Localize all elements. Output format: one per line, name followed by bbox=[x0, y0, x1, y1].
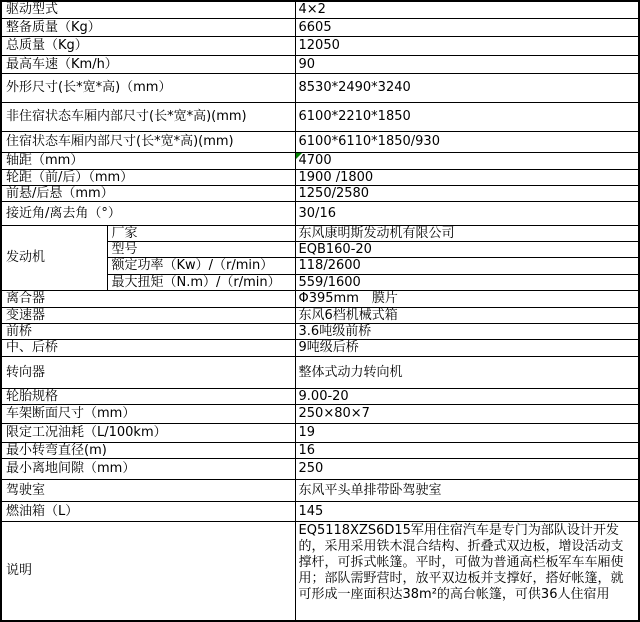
spec-row: 轴距（mm） 4700 bbox=[1, 152, 639, 169]
spec-value: 559/1600 bbox=[295, 274, 639, 290]
spec-value: 东风平头单排带卧驾驶室 bbox=[295, 479, 639, 501]
spec-label: 驾驶室 bbox=[1, 479, 295, 501]
spec-row: 接近角/离去角（°） 30/16 bbox=[1, 201, 639, 225]
spec-label: 中、后桥 bbox=[1, 339, 295, 356]
spec-label: 离合器 bbox=[1, 290, 295, 307]
spec-label: 燃油箱（L） bbox=[1, 501, 295, 521]
spec-value: 250 bbox=[295, 458, 639, 479]
spec-value: 30/16 bbox=[295, 201, 639, 225]
spec-value: 19 bbox=[295, 423, 639, 442]
spec-row: 车架断面尺寸（mm） 250×80×7 bbox=[1, 404, 639, 423]
engine-sub-label: 型号 bbox=[107, 241, 295, 257]
spec-label: 接近角/离去角（°） bbox=[1, 201, 295, 225]
spec-value: 9吨级后桥 bbox=[295, 339, 639, 356]
spec-label: 驱动型式 bbox=[1, 1, 295, 18]
spec-value: 250×80×7 bbox=[295, 404, 639, 423]
spec-row: 最小转弯直径(m) 16 bbox=[1, 442, 639, 458]
spec-value: 东风6档机械式箱 bbox=[295, 307, 639, 323]
spec-label: 最小转弯直径(m) bbox=[1, 442, 295, 458]
spec-value: 9.00-20 bbox=[295, 388, 639, 404]
spec-value: EQB160-20 bbox=[295, 241, 639, 257]
spec-value: 6100*2210*1850 bbox=[295, 102, 639, 131]
engine-sub-label: 厂家 bbox=[107, 225, 295, 241]
spec-label: 住宿状态车厢内部尺寸(长*宽*高)(mm) bbox=[1, 131, 295, 152]
spec-label: 轴距（mm） bbox=[1, 152, 295, 169]
spec-row: 最小离地间隙（mm） 250 bbox=[1, 458, 639, 479]
spec-row: 变速器 东风6档机械式箱 bbox=[1, 307, 639, 323]
spec-label: 外形尺寸(长*宽*高)（mm） bbox=[1, 73, 295, 102]
spec-row: 整备质量（Kg） 6605 bbox=[1, 18, 639, 36]
spec-row: 非住宿状态车厢内部尺寸(长*宽*高)(mm) 6100*2210*1850 bbox=[1, 102, 639, 131]
spec-value: 4×2 bbox=[295, 1, 639, 18]
spec-label: 最小离地间隙（mm） bbox=[1, 458, 295, 479]
engine-row: 发动机 厂家 东风康明斯发动机有限公司 bbox=[1, 225, 639, 241]
spec-label: 轮距（前/后）（mm） bbox=[1, 169, 295, 185]
spec-value: 118/2600 bbox=[295, 257, 639, 274]
spec-label: 前悬/后悬（mm） bbox=[1, 185, 295, 201]
description-row: 说明 EQ5118XZS6D15军用住宿汽车是专门为部队设计开发的，采用采用铁木… bbox=[1, 521, 639, 621]
spec-value: 整体式动力转向机 bbox=[295, 356, 639, 388]
spec-row: 转向器 整体式动力转向机 bbox=[1, 356, 639, 388]
spec-value-text: 4700 bbox=[299, 153, 332, 168]
spec-label: 整备质量（Kg） bbox=[1, 18, 295, 36]
spec-label: 限定工况油耗（L/100km） bbox=[1, 423, 295, 442]
vehicle-spec-table: 驱动型式 4×2 整备质量（Kg） 6605 总质量（Kg） 12050 最高车… bbox=[0, 0, 640, 622]
spec-row: 最高车速（Km/h） 90 bbox=[1, 55, 639, 73]
spec-label: 变速器 bbox=[1, 307, 295, 323]
cell-comment-marker bbox=[296, 153, 302, 159]
spec-value: 145 bbox=[295, 501, 639, 521]
spec-value: 6100*6110*1850/930 bbox=[295, 131, 639, 152]
spec-value: 东风康明斯发动机有限公司 bbox=[295, 225, 639, 241]
spec-label: 总质量（Kg） bbox=[1, 36, 295, 55]
spec-row: 轮胎规格 9.00-20 bbox=[1, 388, 639, 404]
spec-row: 中、后桥 9吨级后桥 bbox=[1, 339, 639, 356]
spec-label: 前桥 bbox=[1, 323, 295, 339]
spec-value: 3.6吨级前桥 bbox=[295, 323, 639, 339]
spec-value: 1250/2580 bbox=[295, 185, 639, 201]
spec-label: 车架断面尺寸（mm） bbox=[1, 404, 295, 423]
spec-row: 驾驶室 东风平头单排带卧驾驶室 bbox=[1, 479, 639, 501]
spec-value: 12050 bbox=[295, 36, 639, 55]
spec-value: 6605 bbox=[295, 18, 639, 36]
description-value: EQ5118XZS6D15军用住宿汽车是专门为部队设计开发的，采用采用铁木混合结… bbox=[295, 521, 639, 621]
spec-value: 90 bbox=[295, 55, 639, 73]
spec-row: 前悬/后悬（mm） 1250/2580 bbox=[1, 185, 639, 201]
spec-label: 非住宿状态车厢内部尺寸(长*宽*高)(mm) bbox=[1, 102, 295, 131]
engine-sub-label: 最大扭矩（N.m）/（r/min） bbox=[107, 274, 295, 290]
spec-row: 燃油箱（L） 145 bbox=[1, 501, 639, 521]
spec-row: 外形尺寸(长*宽*高)（mm） 8530*2490*3240 bbox=[1, 73, 639, 102]
spec-row: 总质量（Kg） 12050 bbox=[1, 36, 639, 55]
spec-label: 转向器 bbox=[1, 356, 295, 388]
spec-row: 驱动型式 4×2 bbox=[1, 1, 639, 18]
spec-value: 8530*2490*3240 bbox=[295, 73, 639, 102]
spec-row: 前桥 3.6吨级前桥 bbox=[1, 323, 639, 339]
spec-value: Φ395mm 膜片 bbox=[295, 290, 639, 307]
spec-row: 住宿状态车厢内部尺寸(长*宽*高)(mm) 6100*6110*1850/930 bbox=[1, 131, 639, 152]
spec-label: 轮胎规格 bbox=[1, 388, 295, 404]
description-label: 说明 bbox=[1, 521, 295, 621]
engine-sub-label: 额定功率（Kw）/（r/min） bbox=[107, 257, 295, 274]
spec-row: 轮距（前/后）（mm） 1900 /1800 bbox=[1, 169, 639, 185]
spec-value: 16 bbox=[295, 442, 639, 458]
engine-section-label: 发动机 bbox=[1, 225, 107, 290]
spec-label: 最高车速（Km/h） bbox=[1, 55, 295, 73]
spec-row: 限定工况油耗（L/100km） 19 bbox=[1, 423, 639, 442]
spec-value: 1900 /1800 bbox=[295, 169, 639, 185]
spec-row: 离合器 Φ395mm 膜片 bbox=[1, 290, 639, 307]
spec-value: 4700 bbox=[295, 152, 639, 169]
